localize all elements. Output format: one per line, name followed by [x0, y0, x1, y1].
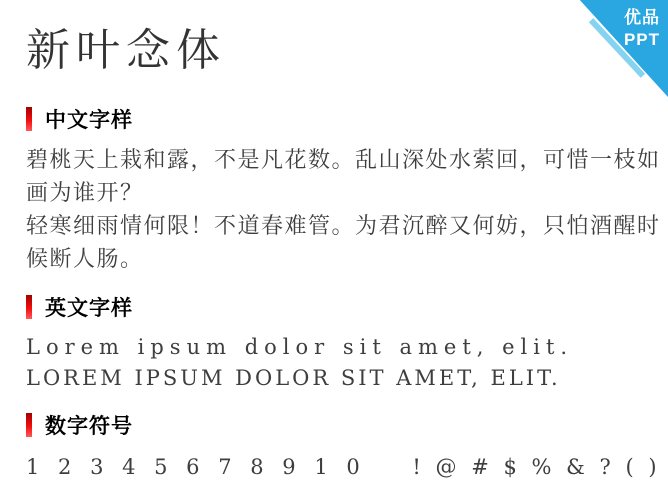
- english-sample-lowercase: Lorem ipsum dolor sit amet, elit.: [26, 332, 660, 363]
- section-heading-english: 英文字样: [26, 294, 660, 320]
- section-english-sample: 英文字样 Lorem ipsum dolor sit amet, elit. L…: [26, 294, 660, 394]
- section-numbers-sample: 数字符号 1 2 3 4 5 6 7 8 9 1 0 ! @ # $ % & ?…: [26, 412, 660, 482]
- chinese-sample-line: 候断人肠。: [26, 243, 660, 276]
- brand-logo-line1: 优品: [624, 7, 660, 29]
- red-bar-accent: [26, 295, 32, 319]
- section-chinese-sample: 中文字样 碧桃天上栽和露，不是凡花数。乱山深处水萦回，可惜一枝如 画为谁开？ 轻…: [26, 106, 660, 276]
- chinese-sample-line: 轻寒细雨情何限！不道春难管。为君沉醉又何妨，只怕酒醒时: [26, 210, 660, 243]
- red-bar-accent: [26, 107, 32, 131]
- digits-sample: 1 2 3 4 5 6 7 8 9 1 0: [26, 455, 366, 479]
- section-heading-numbers: 数字符号: [26, 412, 660, 438]
- english-sample-uppercase: LOREM IPSUM DOLOR SIT AMET, ELIT.: [26, 363, 660, 394]
- section-heading-chinese: 中文字样: [26, 106, 660, 132]
- symbols-sample: ! @ # $ % & ? ( ): [412, 455, 660, 479]
- font-name-title: 新叶念体: [26, 26, 660, 76]
- chinese-sample-line: 碧桃天上栽和露，不是凡花数。乱山深处水萦回，可惜一枝如: [26, 144, 660, 177]
- brand-logo-line2: PPT: [624, 29, 660, 51]
- font-preview-page: 新叶念体 中文字样 碧桃天上栽和露，不是凡花数。乱山深处水萦回，可惜一枝如 画为…: [0, 0, 668, 482]
- chinese-sample-text: 碧桃天上栽和露，不是凡花数。乱山深处水萦回，可惜一枝如 画为谁开？ 轻寒细雨情何…: [26, 144, 660, 276]
- red-bar-accent: [26, 413, 32, 437]
- section-heading-label: 英文字样: [45, 292, 133, 322]
- chinese-sample-line: 画为谁开？: [26, 177, 660, 210]
- section-heading-label: 中文字样: [45, 104, 133, 134]
- section-heading-label: 数字符号: [45, 410, 133, 440]
- brand-logo-text: 优品 PPT: [624, 7, 660, 51]
- numbers-sample-text: 1 2 3 4 5 6 7 8 9 1 0 ! @ # $ % & ? ( ): [26, 452, 660, 482]
- english-sample-text: Lorem ipsum dolor sit amet, elit. LOREM …: [26, 332, 660, 394]
- brand-corner-ribbon: 优品 PPT: [578, 0, 668, 97]
